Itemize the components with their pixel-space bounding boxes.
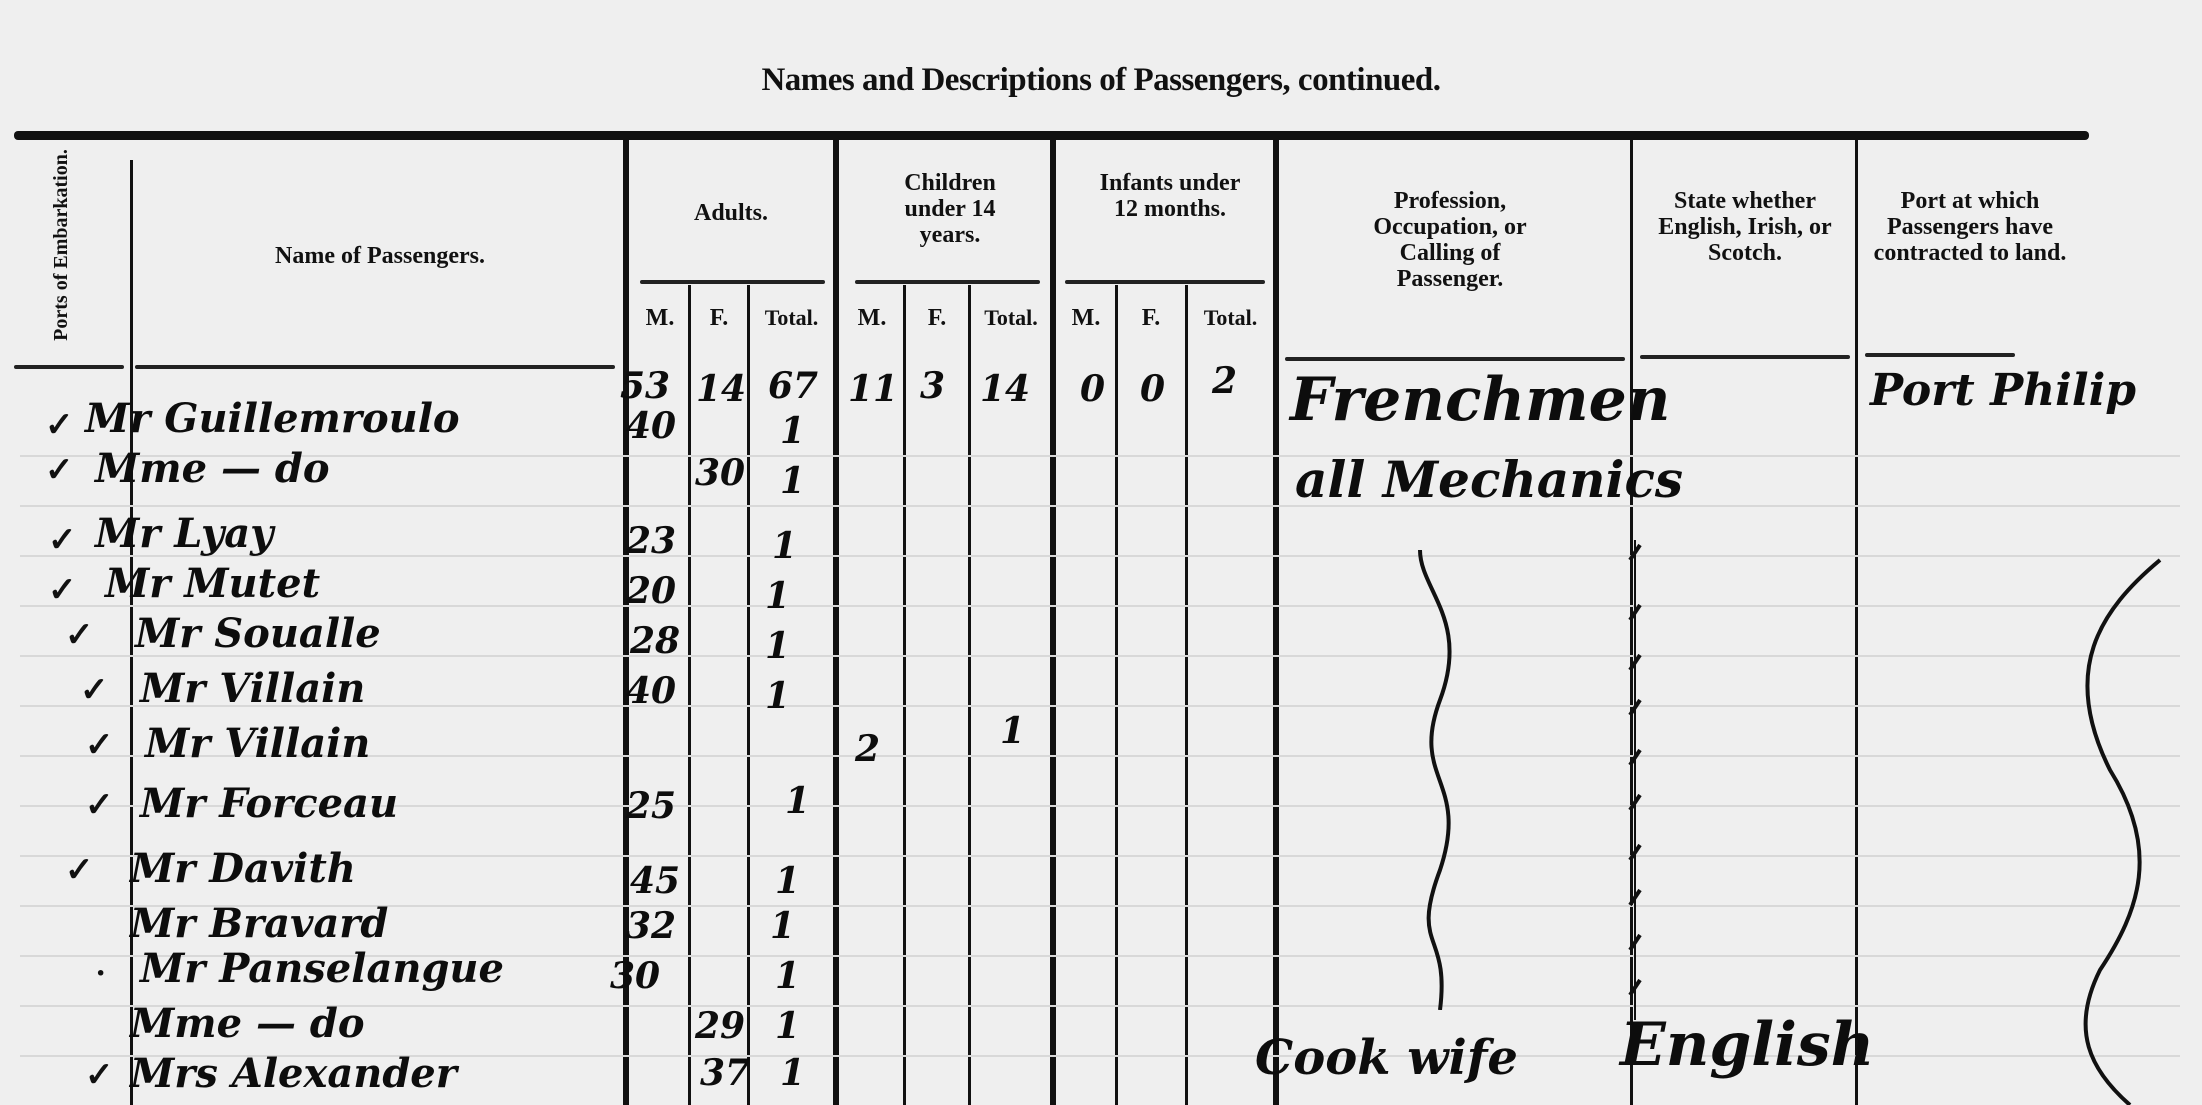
check-mark: ✓ <box>80 670 109 710</box>
check-mark: ✓ <box>48 520 77 560</box>
ditto-squiggle-port <box>2040 550 2180 1105</box>
check-mark: · <box>95 955 106 993</box>
header-bottom-rule <box>1285 357 1625 361</box>
infants-header: Infants under 12 months. <box>1085 170 1255 222</box>
check-mark: ✓ <box>65 615 94 655</box>
header-bottom-rule <box>135 365 615 369</box>
passenger-name: Mr Villain <box>145 720 370 767</box>
check-mark: ✓ <box>45 405 74 445</box>
adults-rule <box>640 280 825 284</box>
infants-f-header: F. <box>1118 305 1184 332</box>
col-line <box>1185 285 1188 1105</box>
nationality-header: State whether English, Irish, or Scotch. <box>1640 188 1850 266</box>
passenger-name: Mme — do <box>130 1000 365 1047</box>
children-total-header: Total. <box>971 305 1051 331</box>
adult-total: 1 <box>765 575 790 617</box>
ditto-squiggle-profession <box>1400 550 1480 1010</box>
passenger-name: Mr Guillemroulo <box>85 395 460 442</box>
adult-total: 1 <box>765 625 790 667</box>
adult-total: 1 <box>780 410 805 452</box>
adult-m: 32 <box>626 905 676 947</box>
port-landing-header: Port at which Passengers have contracted… <box>1865 188 2075 266</box>
passenger-name: Mr Mutet <box>105 560 320 607</box>
adult-f: 30 <box>695 452 745 494</box>
adult-total: 1 <box>775 955 800 997</box>
check-mark: ✓ <box>65 850 94 890</box>
header-bottom-rule <box>1640 355 1850 359</box>
adult-total: 1 <box>780 460 805 502</box>
header-bottom-rule <box>14 365 124 369</box>
adults-f-header: F. <box>691 305 747 332</box>
adults-total-header: Total. <box>750 305 833 331</box>
profession-mechanics: all Mechanics <box>1295 450 1683 509</box>
adult-total: 1 <box>775 1005 800 1047</box>
passenger-name: Mr Lyay <box>95 510 273 557</box>
adult-f: 37 <box>700 1052 750 1094</box>
adult-f: 29 <box>695 1005 745 1047</box>
total-children-total: 14 <box>980 368 1030 410</box>
total-infants-total: 2 <box>1212 360 1237 402</box>
header-bottom-rule <box>1865 353 2015 357</box>
adult-m: 28 <box>630 620 680 662</box>
child-total: 1 <box>1000 710 1025 752</box>
check-mark: ✓ <box>45 450 74 490</box>
children-header: Children under 14 years. <box>880 170 1020 248</box>
total-infants-f: 0 <box>1140 368 1165 410</box>
name-header: Name of Passengers. <box>135 243 625 269</box>
col-line <box>688 285 691 1105</box>
ruled-line <box>20 605 2180 607</box>
adult-m: 45 <box>630 860 680 902</box>
check-mark: ✓ <box>48 570 77 610</box>
adult-total: 1 <box>772 525 797 567</box>
col-line <box>130 160 133 1105</box>
ditto-marks-nationality <box>1620 540 1650 1020</box>
adults-header: Adults. <box>629 200 833 226</box>
adults-m-header: M. <box>632 305 688 332</box>
passenger-name: Mr Davith <box>130 845 356 892</box>
profession-frenchmen: Frenchmen <box>1290 365 1670 435</box>
ruled-line <box>20 455 2180 457</box>
total-adults-f: 14 <box>696 368 746 410</box>
port-philip: Port Philip <box>1870 365 2136 416</box>
passenger-name: Mr Forceau <box>140 780 398 827</box>
adult-total: 1 <box>785 780 810 822</box>
children-rule <box>855 280 1040 284</box>
infants-rule <box>1065 280 1265 284</box>
passenger-name: Mrs Alexander <box>130 1050 457 1097</box>
check-mark: ✓ <box>85 725 114 765</box>
infants-m-header: M. <box>1058 305 1114 332</box>
profession-cook-wife: Cook wife <box>1255 1030 1518 1086</box>
passenger-name: Mr Soualle <box>135 610 381 657</box>
infants-total-header: Total. <box>1188 305 1273 331</box>
passenger-name: Mr Villain <box>140 665 365 712</box>
adult-m: 40 <box>626 670 676 712</box>
top-rule <box>14 131 2089 140</box>
passenger-name: Mme — do <box>95 445 330 492</box>
total-adults-total: 67 <box>768 365 818 407</box>
col-line <box>1855 140 1858 1105</box>
check-mark: ✓ <box>85 1055 114 1095</box>
check-mark: ✓ <box>85 785 114 825</box>
col-line <box>747 285 750 1105</box>
passenger-name: Mr Panselangue <box>140 945 504 992</box>
child-m: 2 <box>855 728 880 770</box>
ruled-line <box>20 555 2180 557</box>
total-infants-m: 0 <box>1080 368 1105 410</box>
passenger-name: Mr Bravard <box>130 900 388 947</box>
col-line <box>1050 140 1056 1105</box>
ruled-line <box>20 505 2180 507</box>
children-f-header: F. <box>906 305 968 332</box>
col-line <box>833 140 839 1105</box>
adult-total: 1 <box>770 905 795 947</box>
adult-total: 1 <box>775 860 800 902</box>
total-children-m: 11 <box>848 368 898 410</box>
total-adults-m: 53 <box>620 365 670 407</box>
adult-m: 23 <box>626 520 676 562</box>
adult-m: 30 <box>610 955 660 997</box>
nationality-english: English <box>1620 1010 1874 1080</box>
adult-total: 1 <box>765 675 790 717</box>
col-line <box>903 285 906 1105</box>
document-title: Names and Descriptions of Passengers, co… <box>0 62 2202 99</box>
profession-header: Profession, Occupation, or Calling of Pa… <box>1350 188 1550 292</box>
col-line <box>1115 285 1118 1105</box>
col-line <box>968 285 971 1105</box>
children-m-header: M. <box>842 305 902 332</box>
adult-m: 20 <box>626 570 676 612</box>
ports-header: Ports of Embarkation. <box>50 145 72 345</box>
adult-m: 25 <box>626 785 676 827</box>
col-line <box>1273 140 1279 1105</box>
adult-total: 1 <box>780 1052 805 1094</box>
total-children-f: 3 <box>920 365 945 407</box>
adult-m: 40 <box>626 405 676 447</box>
